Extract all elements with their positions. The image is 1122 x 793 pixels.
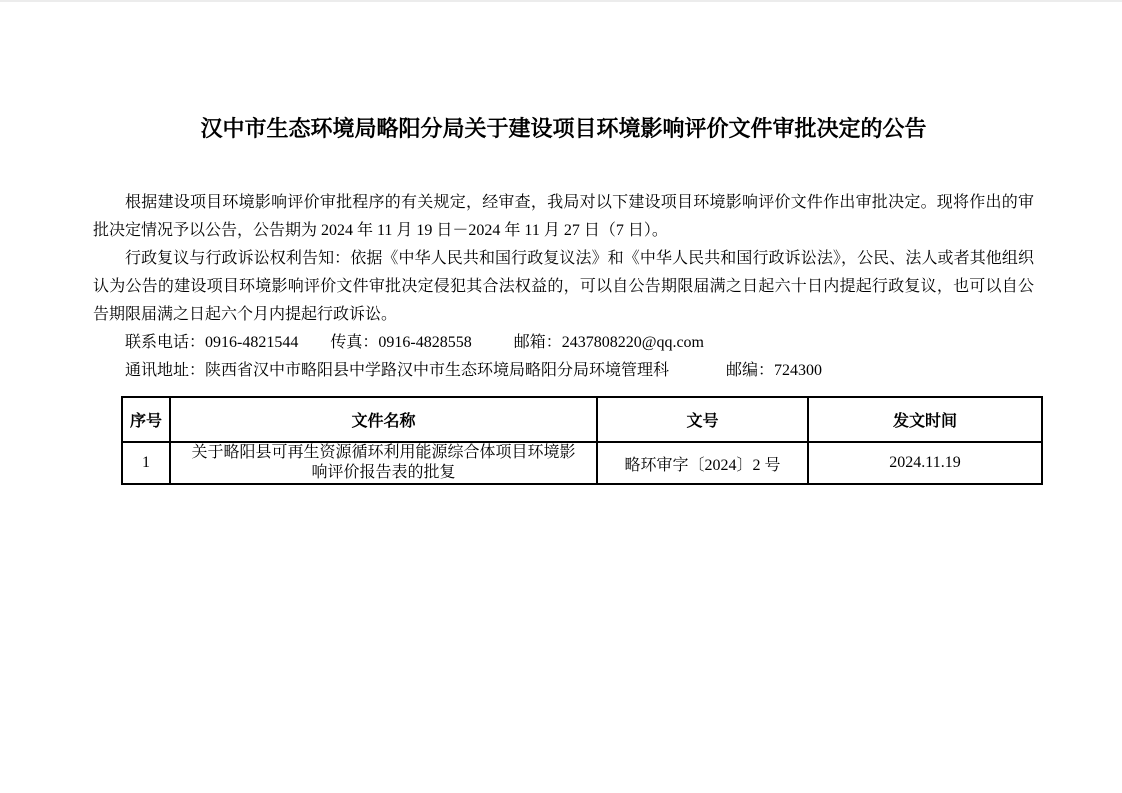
document-page: 汉中市生态环境局略阳分局关于建设项目环境影响评价文件审批决定的公告 根据建设项目… (0, 0, 1122, 793)
cell-doc-number: 略环审字〔2024〕2 号 (597, 442, 808, 484)
column-header-index: 序号 (122, 397, 170, 442)
column-header-doc-name: 文件名称 (170, 397, 597, 442)
postcode-label: 邮编： (726, 362, 774, 379)
fax-number: 0916-4828558 (378, 334, 471, 351)
page-title: 汉中市生态环境局略阳分局关于建设项目环境影响评价文件审批决定的公告 (93, 116, 1034, 142)
paragraph-rights-notice: 行政复议与行政诉讼权利告知：依据《中华人民共和国行政复议法》和《中华人民共和国行… (93, 245, 1034, 329)
column-header-issue-date: 发文时间 (808, 397, 1042, 442)
column-header-doc-number: 文号 (597, 397, 808, 442)
table-header-row: 序号 文件名称 文号 发文时间 (122, 397, 1042, 442)
address-value: 陕西省汉中市略阳县中学路汉中市生态环境局略阳分局环境管理科 (205, 362, 669, 379)
cell-doc-name: 关于略阳县可再生资源循环利用能源综合体项目环境影响评价报告表的批复 (170, 442, 597, 484)
table-row: 1 关于略阳县可再生资源循环利用能源综合体项目环境影响评价报告表的批复 略环审字… (122, 442, 1042, 484)
address-label: 通讯地址： (125, 362, 205, 379)
cell-index: 1 (122, 442, 170, 484)
email-address: 2437808220@qq.com (562, 334, 704, 351)
fax-label: 传真： (330, 334, 378, 351)
approval-decision-table: 序号 文件名称 文号 发文时间 1 关于略阳县可再生资源循环利用能源综合体项目环… (121, 396, 1043, 485)
body-text: 根据建设项目环境影响评价审批程序的有关规定，经审查，我局对以下建设项目环境影响评… (93, 189, 1034, 385)
phone-label: 联系电话： (125, 334, 205, 351)
contact-line: 联系电话：0916-4821544传真：0916-4828558邮箱：24378… (93, 329, 1034, 357)
address-line: 通讯地址：陕西省汉中市略阳县中学路汉中市生态环境局略阳分局环境管理科邮编：724… (93, 357, 1034, 385)
document-content: 汉中市生态环境局略阳分局关于建设项目环境影响评价文件审批决定的公告 根据建设项目… (93, 0, 1034, 485)
paragraph-announcement: 根据建设项目环境影响评价审批程序的有关规定，经审查，我局对以下建设项目环境影响评… (93, 189, 1034, 245)
cell-issue-date: 2024.11.19 (808, 442, 1042, 484)
email-label: 邮箱： (514, 334, 562, 351)
postcode-value: 724300 (774, 362, 822, 379)
phone-number: 0916-4821544 (205, 334, 298, 351)
